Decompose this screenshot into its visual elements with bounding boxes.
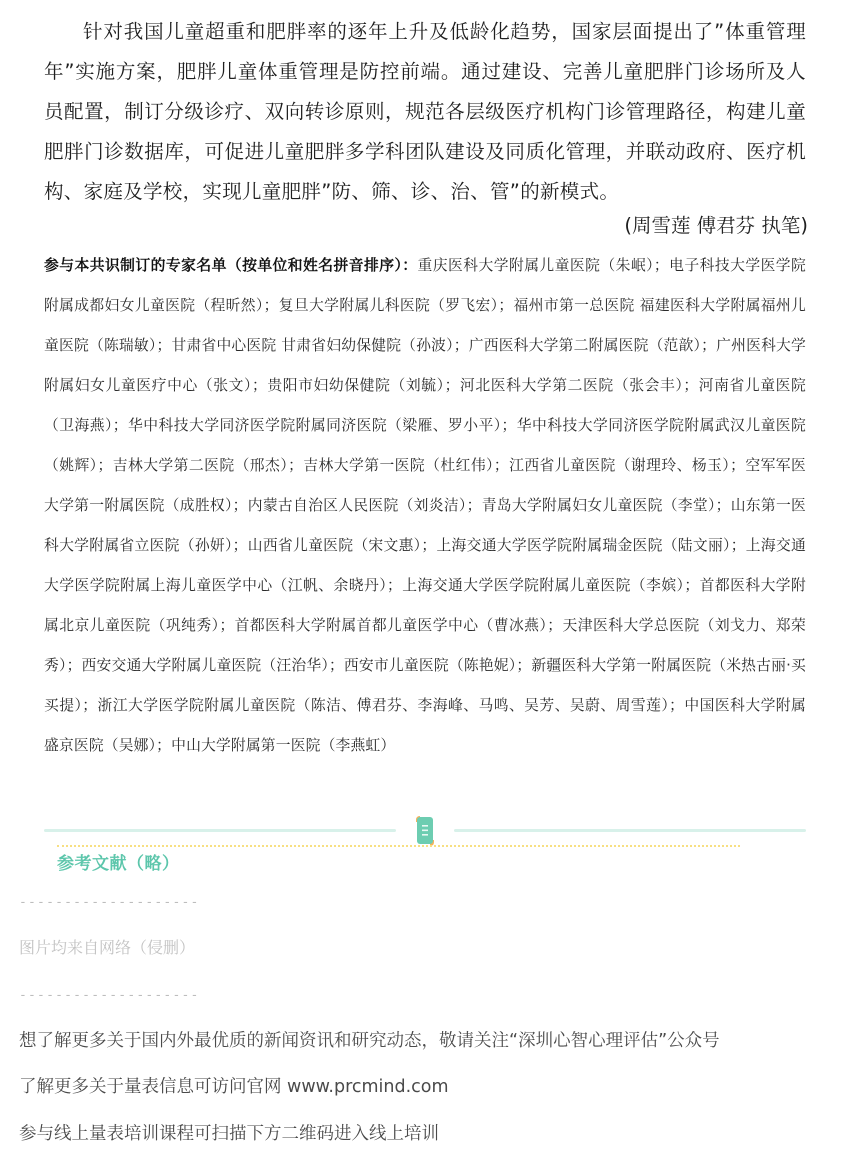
references-heading: 参考文献（略） (57, 850, 180, 878)
divider-line-right (454, 829, 806, 832)
dotted-underline (57, 845, 740, 847)
byline: (周雪莲 傅君芬 执笔) (624, 206, 808, 246)
section-divider (44, 814, 806, 848)
expert-list-body: 重庆医科大学附属儿童医院（朱岷）；电子科技大学医学院附属成都妇女儿童医院（程昕然… (44, 257, 806, 754)
dashed-separator: -------------------- (19, 894, 200, 912)
divider-line-left (44, 829, 396, 832)
expert-list: 参与本共识制订的专家名单（按单位和姓名拼音排序）：重庆医科大学附属儿童医院（朱岷… (44, 246, 806, 766)
scroll-icon (414, 816, 436, 846)
intro-paragraph: 针对我国儿童超重和肥胖率的逐年上升及低龄化趋势，国家层面提出了”体重管理年”实施… (44, 12, 806, 212)
image-credit-note: 图片均来自网络（侵删） (19, 934, 195, 962)
website-note: 了解更多关于量表信息可访问官网 www.prcmind.com (19, 1072, 449, 1102)
dashed-separator: -------------------- (19, 987, 200, 1005)
expert-list-heading: 参与本共识制订的专家名单（按单位和姓名拼音排序）： (44, 257, 418, 274)
training-note: 参与线上量表培训课程可扫描下方二维码进入线上培训 (19, 1119, 439, 1149)
article-image: 针对我国儿童超重和肥胖率的逐年上升及低龄化趋势，国家层面提出了”体重管理年”实施… (0, 0, 848, 860)
follow-account-note: 想了解更多关于国内外最优质的新闻资讯和研究动态，敬请关注“深圳心智心理评估”公众… (19, 1026, 720, 1056)
